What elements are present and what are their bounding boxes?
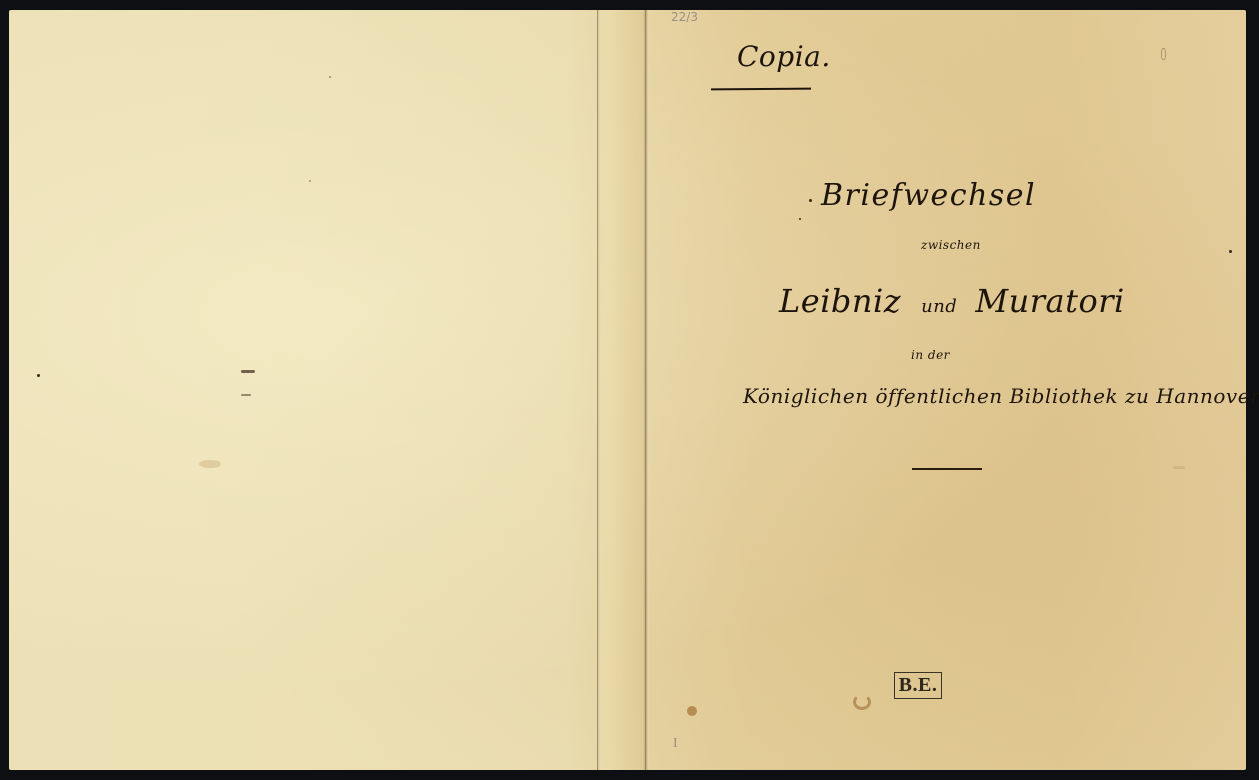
- location-prefix: in der: [911, 348, 950, 362]
- document-title: Briefwechsel: [821, 178, 1036, 213]
- spine-crease-left: [597, 10, 598, 770]
- heading-copia: Copia.: [737, 40, 831, 73]
- book-spine: [597, 10, 649, 770]
- book-cover: 22/3 Copia. Briefwechsel zwischen Leibni…: [9, 10, 1246, 770]
- ink-dot: [809, 199, 812, 202]
- stain: [1173, 466, 1185, 469]
- decorative-rule: [912, 468, 982, 470]
- stamp-text: B.E.: [899, 674, 938, 697]
- ink-speck: [329, 76, 331, 78]
- ink-speck: [1229, 250, 1232, 253]
- ink-mark: [241, 394, 251, 396]
- stain-spot: [687, 706, 697, 716]
- library-location: Königlichen öffentlichen Bibliothek zu H…: [743, 384, 1259, 408]
- bottom-mark: I: [673, 736, 678, 752]
- ink-dot: [799, 218, 801, 220]
- pencil-mark: [1161, 48, 1166, 60]
- correspondent-second: Muratori: [975, 282, 1124, 320]
- correspondent-first: Leibniz: [779, 282, 901, 320]
- ink-speck: [37, 374, 40, 377]
- stain-curl: [853, 694, 871, 710]
- front-cover: 22/3 Copia. Briefwechsel zwischen Leibni…: [649, 10, 1246, 770]
- spine-crease-right: [645, 10, 646, 770]
- connector-text: zwischen: [921, 238, 981, 252]
- heading-underline: [711, 88, 811, 91]
- back-cover: [9, 10, 597, 770]
- ink-mark: [241, 370, 255, 373]
- ink-speck: [309, 180, 311, 182]
- conjunction: und: [921, 296, 957, 317]
- scanned-document: 22/3 Copia. Briefwechsel zwischen Leibni…: [0, 0, 1259, 780]
- library-stamp: B.E.: [894, 672, 942, 699]
- correspondent-names: LeibnizundMuratori: [779, 282, 1125, 320]
- shelf-mark: 22/3: [671, 10, 698, 24]
- stain: [199, 460, 221, 468]
